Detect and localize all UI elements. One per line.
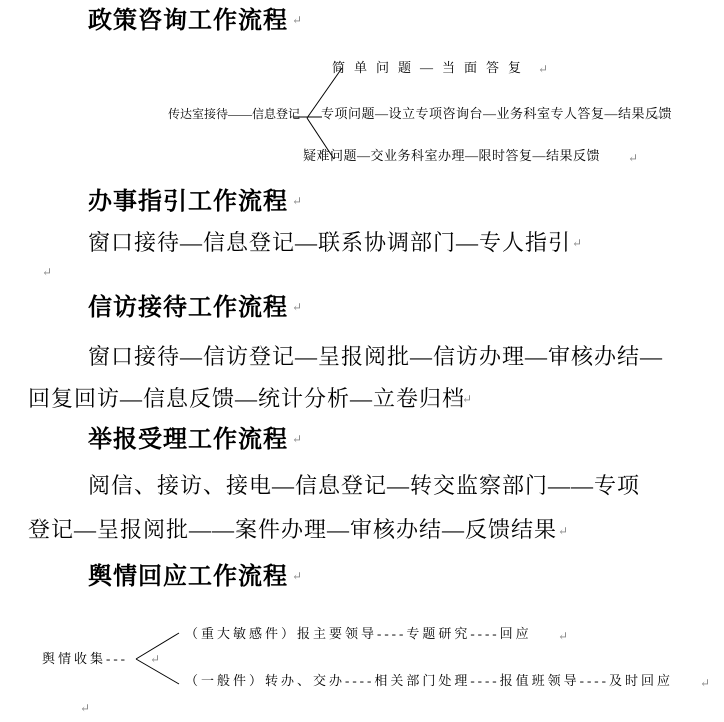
paragraph-mark: ↵	[653, 110, 663, 122]
paragraph-mark: ↵	[42, 266, 52, 278]
paragraph-mark: ↵	[572, 237, 582, 249]
report-section-title: 举报受理工作流程	[88, 427, 288, 453]
paragraph-mark: ↵	[150, 653, 160, 665]
paragraph-mark: ↵	[462, 393, 472, 405]
guidance-section-title: 办事指引工作流程	[88, 189, 288, 215]
policy-branch-difficult: 疑难问题—交业务科室办理—限时答复—结果反馈	[303, 149, 600, 163]
policy-branch-special: 专项问题—设立专项咨询台—业务科室专人答复—结果反馈	[321, 107, 672, 121]
policy-root-node: 传达室接待——信息登记	[168, 108, 300, 121]
opinion-branch-general: （一般件）转办、交办----相关部门处理----报值班领导----及时回应	[185, 674, 673, 688]
opinion-section-title: 舆情回应工作流程	[88, 564, 288, 590]
paragraph-mark: ↵	[558, 525, 568, 537]
policy-branch-simple: 简单问题—当面答复	[332, 61, 530, 75]
petition-section-title: 信访接待工作流程	[88, 295, 288, 321]
paragraph-mark: ↵	[538, 63, 548, 75]
report-flow-line-1: 阅信、接访、接电—信息登记—转交监察部门——专项	[88, 474, 640, 498]
petition-flow-line-1: 窗口接待—信访登记—呈报阅批—信访办理—审核办结—	[88, 345, 663, 369]
opinion-root-node: 舆情收集---	[42, 652, 128, 666]
paragraph-mark: ↵	[292, 301, 302, 313]
guidance-flow-line: 窗口接待—信息登记—联系协调部门—专人指引	[88, 231, 571, 255]
petition-flow-line-2: 回复回访—信息反馈—统计分析—立卷归档	[28, 387, 465, 411]
paragraph-mark: ↵	[628, 152, 638, 164]
paragraph-mark: ↵	[292, 433, 302, 445]
paragraph-mark: ↵	[700, 677, 710, 689]
opinion-branch-major: （重大敏感件）报主要领导----专题研究----回应	[185, 627, 532, 641]
report-flow-line-2: 登记—呈报阅批——案件办理—审核办结—反馈结果	[28, 518, 557, 542]
paragraph-mark: ↵	[80, 702, 90, 714]
paragraph-mark: ↵	[558, 630, 568, 642]
document-page: 政策咨询工作流程 ↵ 简单问题—当面答复 ↵ 传达室接待——信息登记 专项问题—…	[0, 0, 724, 722]
paragraph-mark: ↵	[292, 570, 302, 582]
paragraph-mark: ↵	[292, 14, 302, 26]
policy-section-title: 政策咨询工作流程	[88, 8, 288, 34]
paragraph-mark: ↵	[292, 195, 302, 207]
